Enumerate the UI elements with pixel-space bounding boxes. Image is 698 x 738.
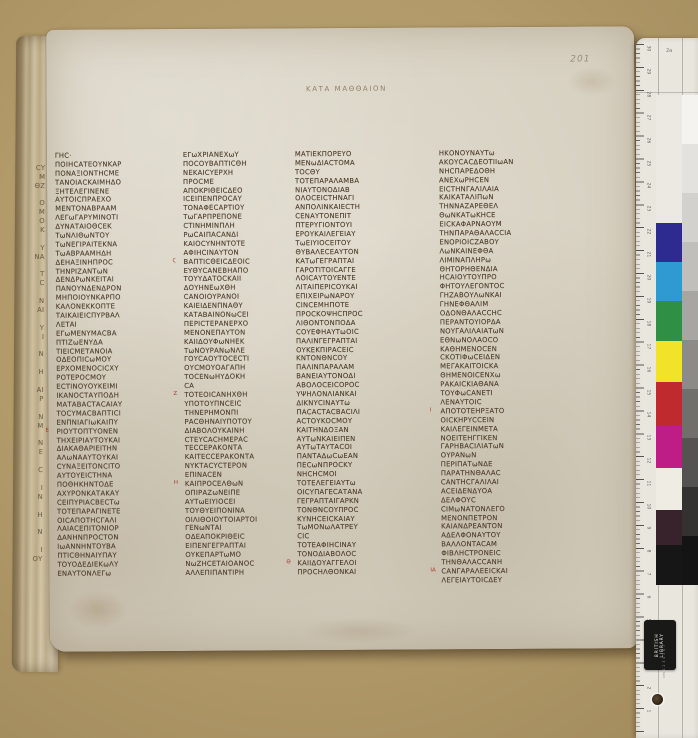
patch-yellow	[656, 341, 684, 382]
facing-page-fragment: Ν	[13, 439, 43, 448]
punch-hole	[652, 694, 663, 705]
facing-page-fragment: Η	[14, 368, 44, 377]
grayscale-steps	[682, 95, 698, 585]
ruler-number: 17	[646, 343, 651, 353]
manuscript-photograph: ϹΥΜΘΖΟΜΟΚΥΝΑΤϹΝΑΙΥΙΝΗΑΙΡΝΜΝΕϹΙΝΗΝΙΟΥ 201…	[0, 0, 698, 738]
facing-page-fragment: ΝΑ	[15, 253, 45, 262]
facing-page-fragment: ΟΥ	[13, 555, 43, 564]
grayscale-step-3	[682, 193, 698, 242]
facing-page-fragment	[14, 377, 44, 386]
text-column-3: ΜΑΤΙΕΚΠΟΡΕΥΟΜΕΝωΔΙΑϹΤΟΜΑΤΟϹΘΥΤΟΤΕΠΑΡΑΛΑΜ…	[295, 150, 406, 577]
british-library-label: BRITISH LIBRARY	[644, 620, 676, 670]
facing-page-fragment: Ν	[14, 413, 44, 422]
facing-page-fragment	[12, 564, 42, 573]
calibration-strip: 3029282726252423222120191817161514131211…	[636, 38, 698, 738]
ruler-number: 6	[646, 595, 651, 605]
eusebian-numeral: Ι	[429, 408, 431, 414]
text-column-1: ΓΗϹ·ΠΟΙΗϹΑΤΕΟΥΝΚΑΡΠΟΝΑΞΙΟΝΤΗϹΜΕΤΑΝΟΙΑϹΚΑ…	[55, 151, 166, 578]
facing-page-fragment: Ι	[13, 484, 43, 493]
grayscale-step-9	[682, 487, 698, 536]
facing-page-fragment	[13, 501, 43, 510]
facing-page-fragment: Ι	[13, 546, 43, 555]
facing-page-fragment: ΑΙ	[14, 306, 44, 315]
facing-page-fragment	[13, 519, 43, 528]
foxing-spot	[68, 589, 128, 629]
running-title: ΚΑΤΑ ΜΑΘΘΑΙΟΝ	[106, 84, 586, 95]
grayscale-step-4	[682, 242, 698, 291]
facing-page-fragment: Μ	[13, 421, 43, 430]
ruler-number: 30	[646, 46, 651, 56]
ruler-number: 21	[646, 252, 651, 262]
left-page-fragments: ϹΥΜΘΖΟΜΟΚΥΝΑΤϹΝΑΙΥΙΝΗΑΙΡΝΜΝΕϹΙΝΗΝΙΟΥ	[12, 146, 47, 586]
ruler-number: 29	[646, 68, 651, 78]
facing-page-fragment: Ϲ	[14, 279, 44, 288]
facing-page-fragment	[14, 315, 44, 324]
patch-green	[656, 301, 684, 341]
grayscale-step-1	[682, 95, 698, 144]
manuscript-page: 201 ΚΑΤΑ ΜΑΘΘΑΙΟΝ ΓΗϹ·ΠΟΙΗϹΑΤΕΟΥΝΚΑΡΠΟΝΑ…	[46, 26, 638, 652]
grayscale-step-2	[682, 144, 698, 193]
text-column-2: ΕΓωΧΡΙΑΝΕΧωΥΠΟϹΟΥΒΑΠΤΙϹΘΗΝΕΚΑΙϹΥΕΡΧΗΠΡΟϹ…	[183, 150, 294, 577]
grayscale-step-8	[682, 438, 698, 487]
ruler-number: 25	[646, 160, 651, 170]
facing-page-fragment: Μ	[15, 173, 45, 182]
ruler-number: 8	[646, 549, 651, 559]
ruler-number: 15	[646, 389, 651, 399]
ruler-fineprint: cm 1 2 3 4 5 6 7	[662, 644, 666, 678]
facing-page-fragment: Ι	[14, 333, 44, 342]
ruler-number: 26	[646, 137, 651, 147]
facing-page-fragment: Κ	[15, 226, 45, 235]
eusebian-numeral: Ε	[46, 428, 50, 434]
ruler-number: 9	[646, 526, 651, 536]
ruler-number: 14	[646, 412, 651, 422]
facing-page-fragment	[14, 288, 44, 297]
facing-page-fragment: ϹΥ	[15, 164, 45, 173]
patch-white-2	[656, 468, 684, 510]
facing-page-fragment	[15, 146, 45, 155]
ruler-number: 28	[646, 91, 651, 101]
facing-page-fragment: Ρ	[14, 395, 44, 404]
ruler-number: 12	[646, 458, 651, 468]
eusebian-numeral: Θ	[286, 560, 290, 566]
ruler-number: 10	[646, 504, 651, 514]
ruler-number: 11	[646, 481, 651, 491]
patch-dark-maroon	[656, 510, 684, 545]
facing-page-fragment	[15, 155, 45, 164]
facing-page-fragment: Τ	[15, 270, 45, 279]
facing-page-fragment	[14, 341, 44, 350]
eusebian-numeral: Ζ	[173, 391, 177, 397]
facing-page-fragment	[13, 537, 43, 546]
facing-page-fragment: Ν	[14, 350, 44, 359]
patch-black	[656, 545, 684, 585]
facing-page-fragment: Ο	[15, 217, 45, 226]
grayscale-step-10	[682, 536, 698, 585]
wedge-label: 2a	[666, 48, 672, 54]
foxing-spot	[566, 66, 616, 96]
ruler-number: 22	[646, 229, 651, 239]
grayscale-step-5	[682, 291, 698, 340]
ruler-number: 18	[646, 320, 651, 330]
facing-page-fragment: ΘΖ	[15, 181, 45, 190]
facing-page-fragment: Η	[13, 510, 43, 519]
facing-page-fragment	[13, 475, 43, 484]
eusebian-numeral: ΙΑ	[430, 568, 435, 574]
ruler-number: 1	[646, 710, 651, 720]
facing-page-fragment: Ο	[15, 199, 45, 208]
manuscript-line: ΛΕΓΕΙΑΥΤΟΙϹΔΕΥ	[441, 575, 549, 585]
grayscale-step-6	[682, 340, 698, 389]
facing-page-fragment: Υ	[15, 244, 45, 253]
facing-page-fragment	[14, 404, 44, 413]
patch-white	[656, 95, 684, 223]
facing-page-fragment: Ε	[13, 448, 43, 457]
manuscript-line: ΑΛΛΕΠΙΠΑΝΤΙΡΗ	[185, 568, 293, 578]
ruler-number: 13	[646, 435, 651, 445]
ruler-number: 19	[646, 297, 651, 307]
facing-page-fragment	[15, 190, 45, 199]
ruler-number: 20	[646, 275, 651, 285]
facing-page-fragment: Μ	[15, 208, 45, 217]
grayscale-step-7	[682, 389, 698, 438]
facing-page-fragment: ΑΙ	[14, 386, 44, 395]
manuscript-line: ΕΝΑΥΤΟΝΛΕΓω	[57, 569, 165, 579]
patch-red	[656, 382, 684, 425]
folio-number: 201	[570, 54, 610, 64]
facing-page-fragment	[13, 430, 43, 439]
facing-page-fragment	[15, 261, 45, 270]
facing-page-fragment	[15, 235, 45, 244]
facing-page-fragment: Ν	[14, 297, 44, 306]
facing-page-fragment	[14, 359, 44, 368]
manuscript-line: ΠΡΟϹΗΛΘΟΝΚΑΙ	[297, 567, 405, 577]
ruler-number: 27	[646, 114, 651, 124]
facing-page-fragment: Ϲ	[13, 466, 43, 475]
eusebian-numeral: Η	[174, 480, 178, 486]
ruler-number: 2	[646, 687, 651, 697]
patch-cyan-blue	[656, 262, 684, 301]
facing-page-fragment: Ν	[13, 528, 43, 537]
ruler-number: 24	[646, 183, 651, 193]
patch-magenta	[656, 425, 684, 468]
color-patches	[656, 95, 684, 585]
foxing-spot	[300, 618, 420, 645]
ruler-number: 16	[646, 366, 651, 376]
patch-navy-blue	[656, 223, 684, 262]
text-column-4: ΗΚΟΝΟΥΝΑΥΤωΑΚΟΥϹΑϹΔΕΟΤΙΙωΑΝΝΗϹΠΑΡΕΔΟΘΗΑΝ…	[439, 149, 550, 585]
facing-page-fragment: Ν	[13, 493, 43, 502]
eusebian-numeral: Ϛ	[173, 258, 177, 264]
facing-page-fragment	[13, 457, 43, 466]
ruler-number: 23	[646, 206, 651, 216]
ruler-number: 7	[646, 572, 651, 582]
facing-page-fragment: Υ	[14, 324, 44, 333]
